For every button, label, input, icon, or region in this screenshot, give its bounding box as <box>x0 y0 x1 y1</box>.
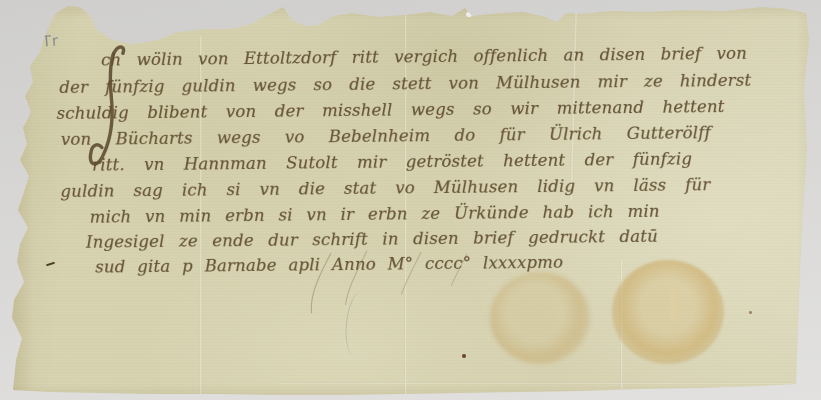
ink-speck <box>462 354 466 358</box>
paper-hole <box>466 12 472 17</box>
photo-backdrop: Tr ch wölin von Ettoltzdorf ritt vergich… <box>0 0 821 400</box>
descender-flourishes <box>271 247 502 321</box>
manuscript-text: ch wölin von Ettoltzdorf ritt vergich of… <box>0 0 821 400</box>
ink-speck <box>749 311 752 314</box>
manuscript-line: ritt. vn Hannman Sutolt mir getröstet he… <box>92 147 692 177</box>
manuscript-line: ch wölin von Ettoltzdorf ritt vergich of… <box>101 42 747 73</box>
parchment-sheet: Tr ch wölin von Ettoltzdorf ritt vergich… <box>0 0 821 400</box>
